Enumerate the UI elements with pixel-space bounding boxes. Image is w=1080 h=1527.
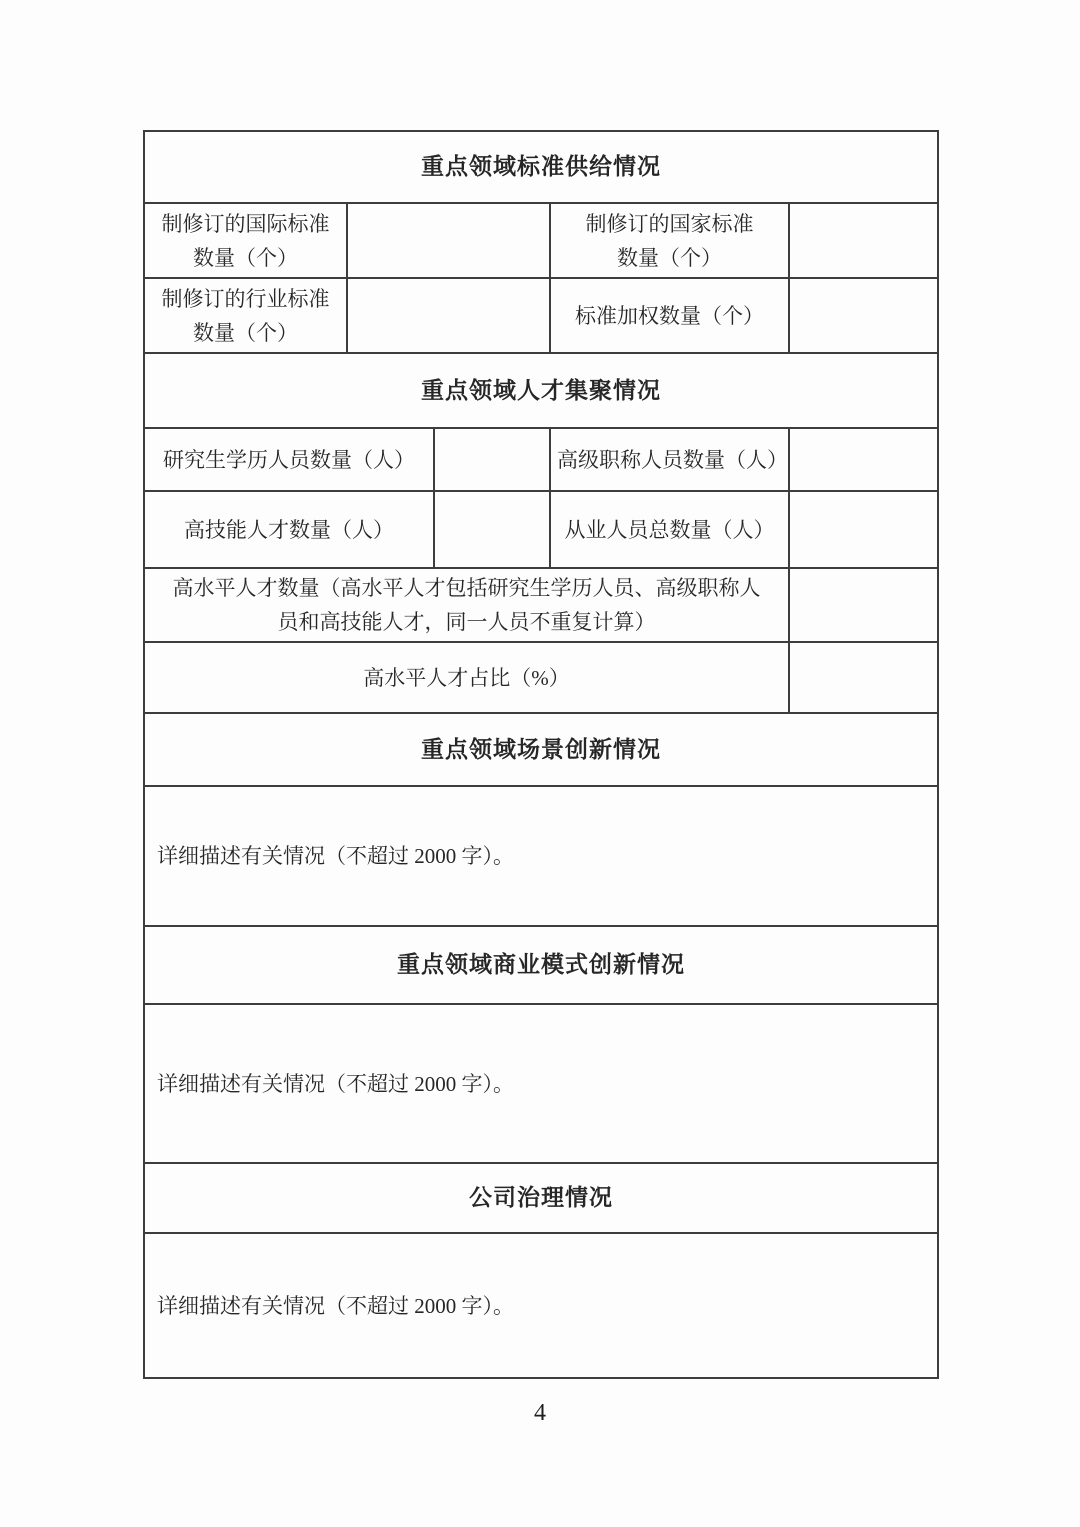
value-industry-standards <box>347 278 550 353</box>
label-weighted-standards: 标准加权数量（个） <box>550 278 789 353</box>
label-national-standards: 制修订的国家标准 数量（个） <box>550 203 789 278</box>
label-postgraduate-count: 研究生学历人员数量（人） <box>144 428 434 491</box>
section-header-governance: 公司治理情况 <box>144 1163 938 1233</box>
description-scenario: 详细描述有关情况（不超过 2000 字）。 <box>144 786 938 926</box>
page-number: 4 <box>0 1400 1080 1427</box>
value-senior-title-count <box>789 428 938 491</box>
value-high-level-talent-count <box>789 568 938 642</box>
value-high-level-talent-ratio <box>789 642 938 713</box>
label-senior-title-count: 高级职称人员数量（人） <box>550 428 789 491</box>
value-national-standards <box>789 203 938 278</box>
value-postgraduate-count <box>434 428 550 491</box>
section-header-talent: 重点领域人才集聚情况 <box>144 353 938 428</box>
label-total-employees: 从业人员总数量（人） <box>550 491 789 568</box>
label-high-level-talent-ratio: 高水平人才占比（%） <box>144 642 789 713</box>
value-international-standards <box>347 203 550 278</box>
value-high-skill-count <box>434 491 550 568</box>
label-international-standards: 制修订的国际标准 数量（个） <box>144 203 347 278</box>
description-business-model: 详细描述有关情况（不超过 2000 字）。 <box>144 1004 938 1163</box>
section-header-business-model: 重点领域商业模式创新情况 <box>144 926 938 1004</box>
label-high-skill-count: 高技能人才数量（人） <box>144 491 434 568</box>
section-header-standards: 重点领域标准供给情况 <box>144 131 938 203</box>
description-governance: 详细描述有关情况（不超过 2000 字）。 <box>144 1233 938 1378</box>
value-total-employees <box>789 491 938 568</box>
label-high-level-talent-count: 高水平人才数量（高水平人才包括研究生学历人员、高级职称人 员和高技能人才，同一人… <box>144 568 789 642</box>
value-weighted-standards <box>789 278 938 353</box>
form-table: 重点领域标准供给情况 制修订的国际标准 数量（个） 制修订的国家标准 数量（个）… <box>143 130 939 1379</box>
section-header-scenario: 重点领域场景创新情况 <box>144 713 938 786</box>
label-industry-standards: 制修订的行业标准 数量（个） <box>144 278 347 353</box>
